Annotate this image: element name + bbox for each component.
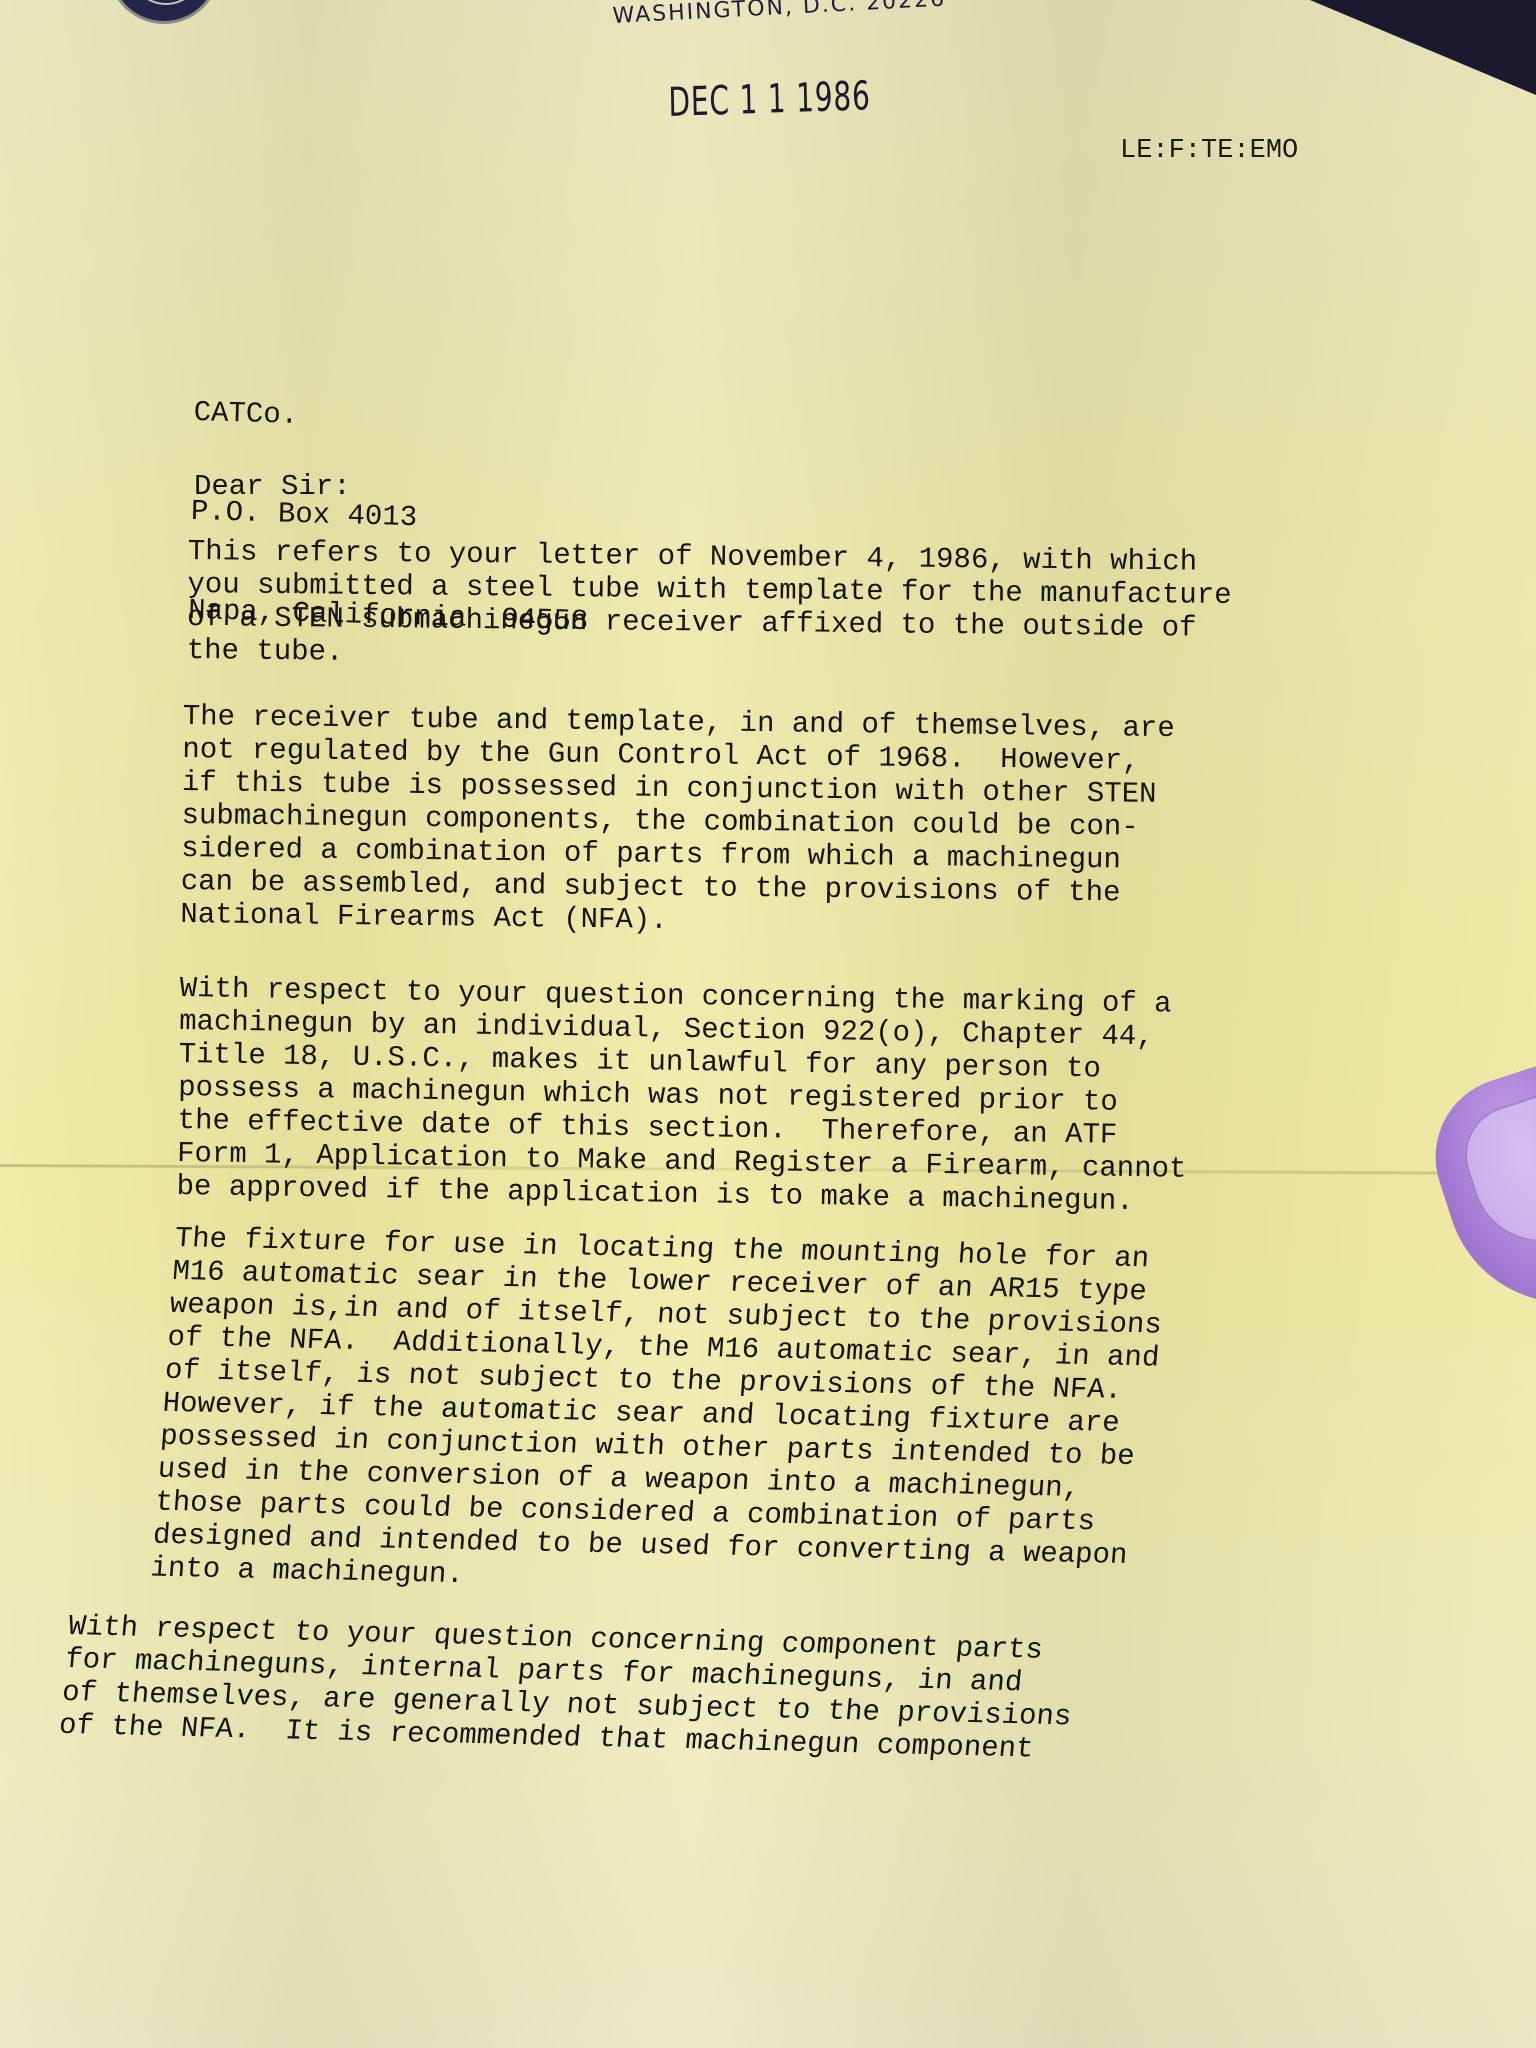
body-paragraph: With respect to your question concerning… bbox=[58, 1610, 1080, 1766]
reference-code: LE:F:TE:EMO bbox=[1120, 136, 1298, 166]
date-stamp: DEC 1 1 1986 bbox=[668, 73, 871, 126]
body-paragraph: With respect to your question concerning… bbox=[176, 972, 1189, 1219]
recipient-line: CATCo. bbox=[193, 396, 594, 440]
body-paragraph: The receiver tube and template, in and o… bbox=[180, 700, 1175, 943]
body-paragraph: This refers to your letter of November 4… bbox=[187, 535, 1232, 678]
body-paragraph: The fixture for use in locating the moun… bbox=[149, 1222, 1167, 1605]
salutation: Dear Sir: bbox=[194, 470, 351, 503]
